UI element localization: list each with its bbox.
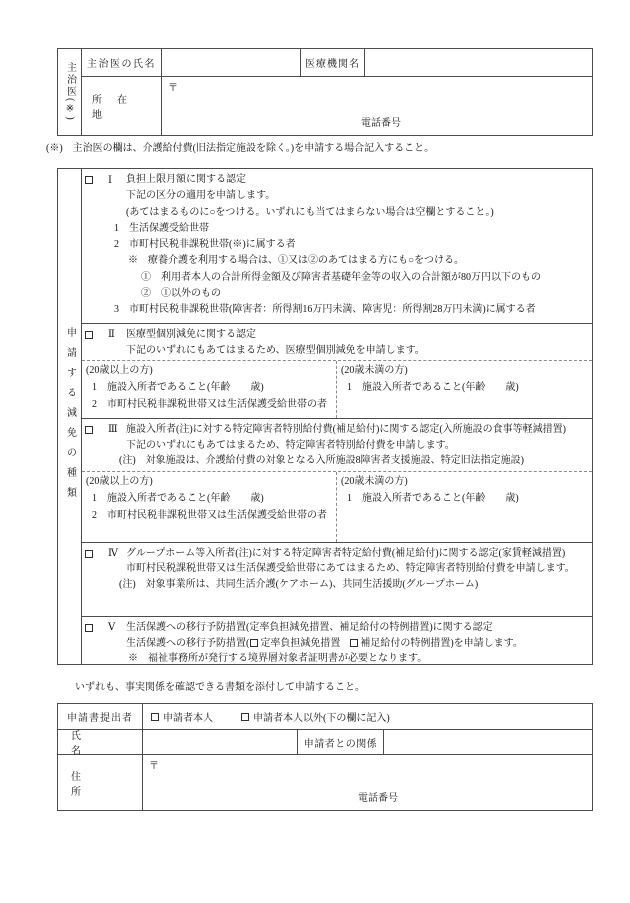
exemption-side-label-cell: 申請する減免の種類 [58, 169, 82, 664]
section-4-note: (注) 対象事業所は、共同生活介護(ケアホーム)、共同生活援助(グループホーム) [82, 577, 592, 593]
section-1-subitem: ① 利用者本人の合計所得金額及び障害者基礎年金等の収入の合計額が80万円以下のも… [82, 270, 592, 286]
section-3-note: (注) 対象施設は、介護給付費の対象となる入所施設8障害者支援施設、特定旧法指定… [82, 453, 592, 469]
section-1-item: 1 生活保護受給世帯 [82, 221, 592, 237]
exemption-type-table: 申請する減免の種類 Ⅰ 負担上限月額に関する認定 下記の区分の適用を申請します。… [57, 168, 593, 665]
section-1-numeral: Ⅰ [108, 173, 124, 189]
doctor-name-field[interactable] [162, 49, 301, 76]
postal-mark: 〒 [149, 757, 159, 772]
section-5-option-2: 補足給付の特例措置 [360, 638, 450, 649]
submitter-option-self: 申請者本人 [163, 709, 213, 724]
section-3-title: 施設入所者(注)に対する特定障害者特別給付費(補足給付)に関する認定(入所施設の… [112, 422, 588, 438]
section-2-title: 医療型個別減免に関する認定 [112, 327, 588, 343]
checkbox-icon[interactable] [85, 176, 93, 184]
doctor-side-label-cell: 主治医(※) [58, 49, 82, 135]
section-5-title: 生活保護への移行予防措置(定率負担減免措置、補足給付の特例措置)に関する認定 [112, 620, 588, 636]
age-over20-row: 1 施設入所者であること(年齢 歳) [82, 379, 336, 396]
doctor-table-note: (※) 主治医の欄は、介護給付費(旧法指定施設を除く。)を申請する場合記入するこ… [46, 142, 434, 156]
submitter-option-other: 申請者本人以外(下の欄に記入) [253, 709, 390, 724]
section-5-welfare-transition: Ⅴ 生活保護への移行予防措置(定率負担減免措置、補足給付の特例措置)に関する認定… [82, 616, 592, 664]
section-1-subitem: ② ①以外のもの [82, 286, 592, 302]
section-5-apply-line: 生活保護への移行予防措置(定率負担減免措置補足給付の特例措置)を申請します。 [82, 636, 592, 652]
age-over20-header: (20歳以上の方) [82, 474, 336, 490]
section-3-facility-benefit: Ⅲ 施設入所者(注)に対する特定障害者特別給付費(補足給付)に関する認定(入所施… [82, 418, 592, 542]
section-2-intro: 下記のいずれにもあてはまるため、医療型個別減免を申請します。 [82, 343, 592, 359]
section-4-numeral: Ⅳ [108, 546, 124, 562]
age-under20-header: (20歳未満の方) [337, 474, 592, 490]
postal-mark: 〒 [168, 79, 178, 94]
form-page: 主治医(※) 主治医の氏名 医療機関名 所在地 〒 電話番号 [0, 0, 630, 903]
doctor-phone-label: 電話番号 [361, 114, 401, 129]
doctor-address-field[interactable]: 〒 電話番号 [162, 77, 592, 135]
relation-field[interactable] [384, 730, 592, 754]
relation-label: 申請者との関係 [298, 730, 384, 754]
section-2-medical-reduction: Ⅱ 医療型個別減免に関する認定 下記のいずれにもあてはまるため、医療型個別減免を… [82, 323, 592, 418]
section-1-item: 2 市町村民税非課税世帯(※)に属する者 [82, 237, 592, 253]
submitter-options: 申請者本人 申請者本人以外(下の欄に記入) [143, 704, 592, 729]
section-3-numeral: Ⅲ [108, 422, 124, 438]
checkbox-icon[interactable] [250, 639, 258, 647]
age-under20-row: 1 施設入所者であること(年齢 歳) [337, 379, 592, 396]
checkbox-icon[interactable] [350, 639, 358, 647]
medical-org-field[interactable] [365, 49, 592, 76]
checkbox-icon[interactable] [151, 713, 159, 721]
age-over20-header: (20歳以上の方) [82, 363, 336, 379]
age-over20-row: 2 市町村民税非課税世帯又は生活保護受給世帯の者 [82, 507, 336, 524]
section-4-intro: 市町村民税課税世帯又は生活保護受給世帯にあてはまるため、特定障害者特別給付費を申… [82, 561, 592, 577]
section-5-numeral: Ⅴ [108, 620, 124, 636]
applicant-name-field[interactable] [143, 730, 298, 754]
section-5-note: ※ 福祉事務所が発行する境界層対象者証明書が必要となります。 [82, 651, 592, 664]
doctor-name-label: 主治医の氏名 [82, 49, 162, 76]
applicant-address-field[interactable]: 〒 電話番号 [143, 755, 592, 810]
age-under20-row: 1 施設入所者であること(年齢 歳) [337, 490, 592, 507]
section-3-age-table: (20歳以上の方) 1 施設入所者であること(年齢 歳) 2 市町村民税非課税世… [82, 471, 592, 542]
section-1-item: 3 市町村民税非課税世帯(障害者：所得割16万円未満、障害児：所得割28万円未満… [82, 302, 592, 318]
section-5-option-1: 定率負担減免措置 [260, 638, 340, 649]
applicant-name-label: 氏名 [58, 730, 143, 754]
section-2-numeral: Ⅱ [108, 327, 124, 343]
checkbox-icon[interactable] [241, 713, 249, 721]
section-1-line: (あてはまるものに○をつける。いずれにも当てはまらない場合は空欄とすること。) [82, 205, 592, 221]
age-under20-header: (20歳未満の方) [337, 363, 592, 379]
section-4-title: グループホーム等入所者(注)に対する特定障害者特定給付費(補足給付)に関する認定… [112, 546, 588, 562]
doctor-side-label: 主治医(※) [65, 62, 75, 122]
section-5-line-suffix: )を申請します。 [450, 638, 523, 649]
section-1-note: ※ 療養介護を利用する場合は、①又は②のあてはまる方にも○をつける。 [82, 253, 592, 269]
applicant-phone-label: 電話番号 [358, 789, 398, 804]
section-2-age-table: (20歳以上の方) 1 施設入所者であること(年齢 歳) 2 市町村民税非課税世… [82, 360, 592, 418]
checkbox-icon[interactable] [85, 331, 93, 339]
checkbox-icon[interactable] [85, 426, 93, 434]
section-3-intro: 下記のいずれにもあてはまるため、特定障害者特別給付費を申請します。 [82, 438, 592, 454]
checkbox-icon[interactable] [85, 624, 93, 632]
section-1-line: 下記の区分の適用を申請します。 [82, 188, 592, 204]
applicant-address-label: 住所 [58, 755, 143, 810]
section-5-line-prefix: 生活保護への移行予防措置( [126, 638, 249, 649]
submitter-label: 申請書提出者 [58, 704, 143, 729]
checkbox-icon[interactable] [85, 550, 93, 558]
section-1-burden-cap: Ⅰ 負担上限月額に関する認定 下記の区分の適用を申請します。 (あてはまるものに… [82, 169, 592, 323]
doctor-address-label: 所在地 [82, 77, 162, 135]
section-4-grouphome-benefit: Ⅳ グループホーム等入所者(注)に対する特定障害者特定給付費(補足給付)に関する… [82, 542, 592, 617]
exemption-side-label: 申請する減免の種類 [65, 327, 75, 507]
age-over20-row: 2 市町村民税非課税世帯又は生活保護受給世帯の者 [82, 396, 336, 413]
age-over20-row: 1 施設入所者であること(年齢 歳) [82, 490, 336, 507]
applicant-table: 申請書提出者 申請者本人 申請者本人以外(下の欄に記入) 氏名 申請者との関係 … [57, 703, 593, 811]
medical-org-label: 医療機関名 [301, 49, 365, 76]
section-1-title: 負担上限月額に関する認定 [112, 172, 588, 188]
doctor-table: 主治医(※) 主治医の氏名 医療機関名 所在地 〒 電話番号 [57, 48, 593, 136]
attach-documents-note: いずれも、事実関係を確認できる書類を添付して申請すること。 [75, 681, 365, 695]
